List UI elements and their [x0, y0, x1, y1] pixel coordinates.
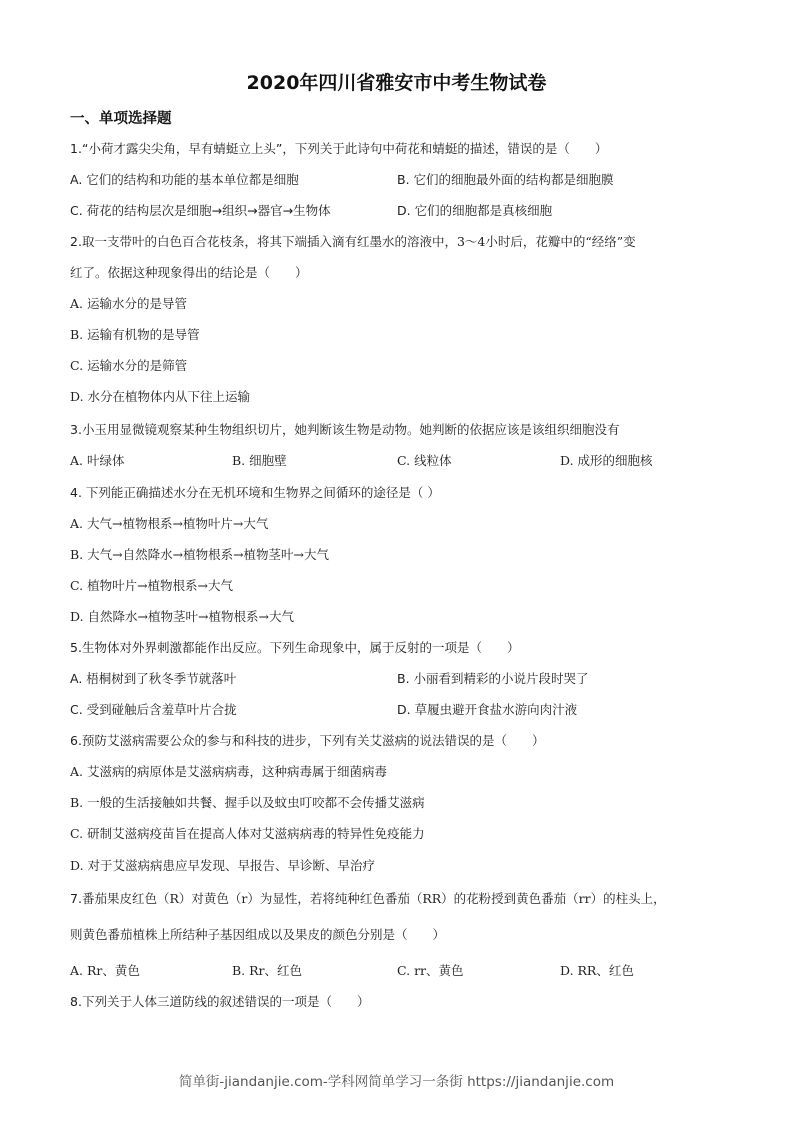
q6-option-b: B. 一般的生活接触如共餐、握手以及蚊虫叮咬都不会传播艾滋病: [70, 795, 425, 811]
q3-option-c: C. 线粒体: [397, 453, 452, 469]
question-2: 2.取一支带叶的白色百合花枝条，将其下端插入滴有红墨水的溶液中，3～4小时后，花…: [70, 234, 636, 250]
question-3: 3.小玉用显微镜观察某种生物组织切片，她判断该生物是动物。她判断的依据应该是该组…: [70, 422, 619, 438]
question-stem: 番茄果皮红色（R）对黄色（r）为显性，若将纯种红色番茄（RR）的花粉授到黄色番茄…: [82, 891, 666, 906]
question-number: 4.: [70, 485, 82, 500]
question-stem: 小玉用显微镜观察某种生物组织切片，她判断该生物是动物。她判断的依据应该是该组织细…: [82, 422, 620, 437]
question-stem: 生物体对外界刺激都能作出反应。下列生命现象中，属于反射的一项是（ ）: [82, 640, 520, 655]
q5-option-a: A. 梧桐树到了秋冬季节就落叶: [70, 671, 236, 687]
question-7: 7.番茄果皮红色（R）对黄色（r）为显性，若将纯种红色番茄（RR）的花粉授到黄色…: [70, 891, 666, 907]
question-number: 1.: [70, 141, 82, 156]
question-number: 7.: [70, 891, 82, 906]
q6-option-c: C. 研制艾滋病疫苗旨在提高人体对艾滋病病毒的特异性免疫能力: [70, 826, 425, 842]
q3-option-d: D. 成形的细胞核: [560, 453, 653, 469]
question-8: 8.下列关于人体三道防线的叙述错误的一项是（ ）: [70, 994, 369, 1010]
question-2-continued: 红了。依据这种现象得出的结论是（ ）: [70, 265, 308, 281]
exam-page: 2020年四川省雅安市中考生物试卷 一、单项选择题 1.“小荷才露尖尖角，早有蜻…: [0, 0, 793, 1122]
question-1: 1.“小荷才露尖尖角，早有蜻蜓立上头”，下列关于此诗句中荷花和蜻蜓的描述，错误的…: [70, 141, 607, 157]
q4-option-c: C. 植物叶片→植物根系→大气: [70, 578, 233, 594]
question-number: 8.: [70, 994, 82, 1009]
question-number: 3.: [70, 422, 82, 437]
question-number: 2.: [70, 234, 82, 249]
q5-option-b: B. 小丽看到精彩的小说片段时哭了: [397, 671, 589, 687]
q2-option-b: B. 运输有机物的是导管: [70, 327, 200, 343]
q4-option-b: B. 大气→自然降水→植物根系→植物茎叶→大气: [70, 547, 329, 563]
question-4: 4. 下列能正确描述水分在无机环境和生物界之间循环的途径是（ ）: [70, 485, 440, 501]
q7-option-a: A. Rr、黄色: [70, 963, 140, 979]
q5-option-d: D. 草履虫避开食盐水游向肉汁液: [397, 702, 577, 718]
q7-option-d: D. RR、红色: [560, 963, 634, 979]
q3-option-b: B. 细胞壁: [232, 453, 287, 469]
question-7-continued: 则黄色番茄植株上所结种子基因组成以及果皮的颜色分别是（ ）: [70, 927, 445, 943]
q6-option-d: D. 对于艾滋病病患应早发现、早报告、早诊断、早治疗: [70, 858, 375, 874]
q2-option-d: D. 水分在植物体内从下往上运输: [70, 389, 250, 405]
question-number: 5.: [70, 640, 82, 655]
q4-option-a: A. 大气→植物根系→植物叶片→大气: [70, 516, 268, 532]
q1-option-b: B. 它们的细胞最外面的结构都是细胞膜: [397, 172, 614, 188]
q7-option-c: C. rr、黄色: [397, 963, 464, 979]
page-footer-watermark: 简单街-jiandanjie.com-学科网简单学习一条街 https://ji…: [0, 1070, 793, 1090]
document-title: 2020年四川省雅安市中考生物试卷: [0, 68, 793, 95]
q4-option-d: D. 自然降水→植物茎叶→植物根系→大气: [70, 609, 294, 625]
question-stem: 取一支带叶的白色百合花枝条，将其下端插入滴有红墨水的溶液中，3～4小时后，花瓣中…: [82, 234, 636, 249]
q1-option-c: C. 荷花的结构层次是细胞→组织→器官→生物体: [70, 203, 331, 219]
question-stem: 下列能正确描述水分在无机环境和生物界之间循环的途径是（ ）: [82, 485, 440, 500]
section-heading: 一、单项选择题: [70, 107, 172, 128]
q3-option-a: A. 叶绿体: [70, 453, 124, 469]
q2-option-a: A. 运输水分的是导管: [70, 296, 187, 312]
question-stem: 下列关于人体三道防线的叙述错误的一项是（ ）: [82, 994, 370, 1009]
question-5: 5.生物体对外界刺激都能作出反应。下列生命现象中，属于反射的一项是（ ）: [70, 640, 519, 656]
q6-option-a: A. 艾滋病的病原体是艾滋病病毒，这种病毒属于细菌病毒: [70, 764, 387, 780]
q5-option-c: C. 受到碰触后含羞草叶片合拢: [70, 702, 237, 718]
question-stem: 预防艾滋病需要公众的参与和科技的进步，下列有关艾滋病的说法错误的是（ ）: [82, 733, 545, 748]
question-stem: “小荷才露尖尖角，早有蜻蜓立上头”，下列关于此诗句中荷花和蜻蜓的描述，错误的是（…: [82, 141, 607, 156]
q7-option-b: B. Rr、红色: [232, 963, 302, 979]
question-6: 6.预防艾滋病需要公众的参与和科技的进步，下列有关艾滋病的说法错误的是（ ）: [70, 733, 544, 749]
question-number: 6.: [70, 733, 82, 748]
q1-option-d: D. 它们的细胞都是真核细胞: [397, 203, 552, 219]
q2-option-c: C. 运输水分的是筛管: [70, 358, 187, 374]
q1-option-a: A. 它们的结构和功能的基本单位都是细胞: [70, 172, 299, 188]
